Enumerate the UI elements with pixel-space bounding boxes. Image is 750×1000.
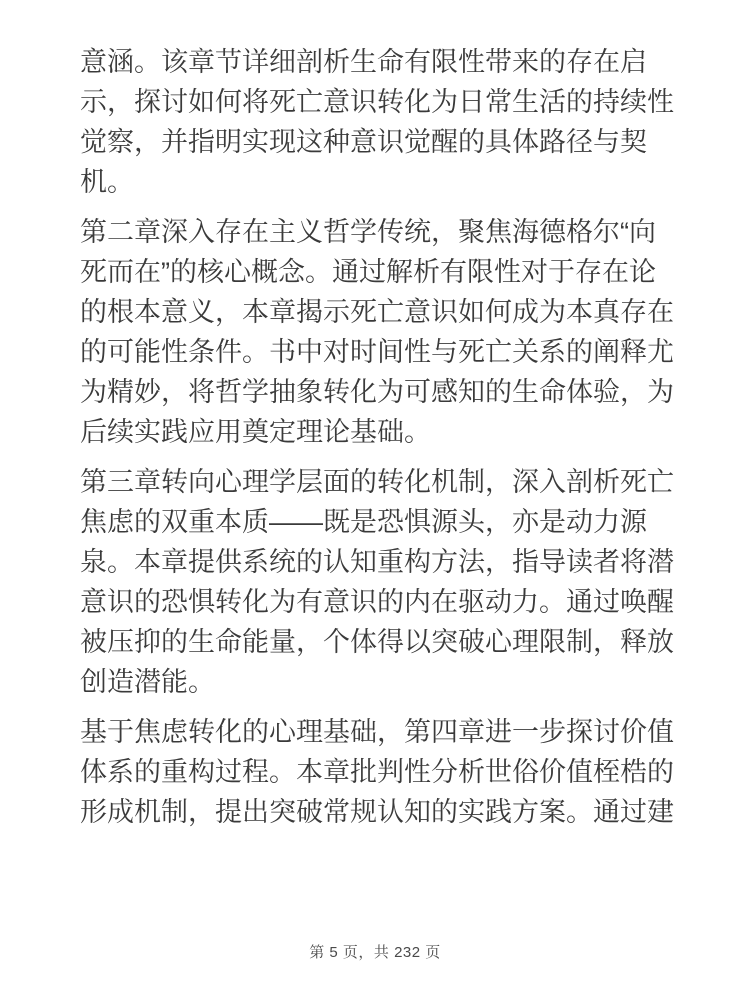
- paragraph-chapter4: 基于焦虑转化的心理基础，第四章进一步探讨价值体系的重构过程。本章批判性分析世俗价…: [80, 712, 676, 832]
- page-number-indicator: 第 5 页，共 232 页: [309, 944, 441, 961]
- page-footer: 第 5 页，共 232 页: [0, 941, 750, 962]
- paragraph-chapter1-continuation: 意涵。该章节详细剖析生命有限性带来的存在启示，探讨如何将死亡意识转化为日常生活的…: [80, 42, 676, 202]
- document-page: { "page": { "paragraphs": [ "意涵。该章节详细剖析生…: [0, 0, 750, 1000]
- paragraph-chapter3: 第三章转向心理学层面的转化机制，深入剖析死亡焦虑的双重本质——既是恐惧源头，亦是…: [80, 462, 676, 702]
- page-content: 意涵。该章节详细剖析生命有限性带来的存在启示，探讨如何将死亡意识转化为日常生活的…: [80, 42, 676, 842]
- paragraph-chapter2: 第二章深入存在主义哲学传统，聚焦海德格尔“向死而在”的核心概念。通过解析有限性对…: [80, 212, 676, 452]
